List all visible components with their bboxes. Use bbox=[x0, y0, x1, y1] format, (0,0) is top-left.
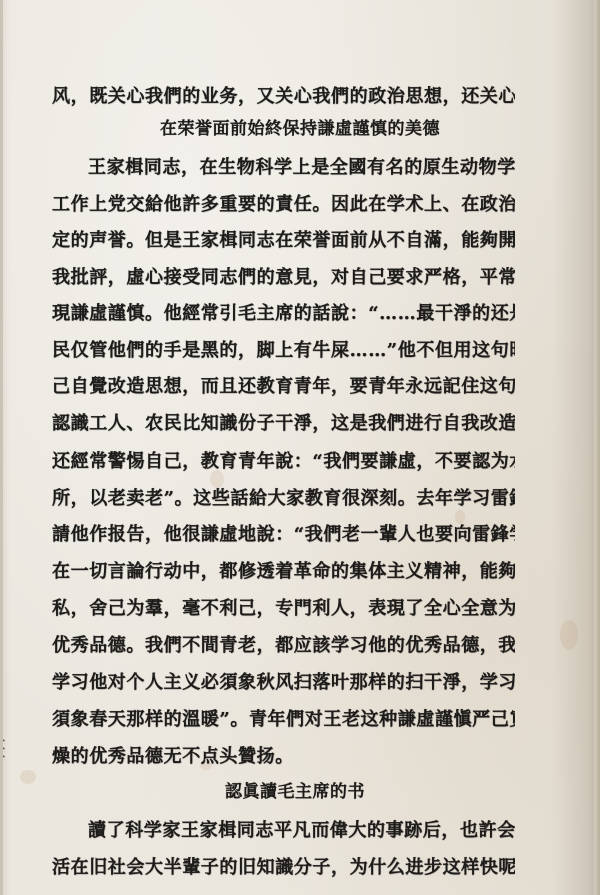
text-line: 风，既关心我們的业务，又关心我們的政治思想，还关心我們的生活。” bbox=[52, 84, 515, 110]
text-line: 認識工人、农民比知識份子干淨，这是我們进行自我改造的前提。他 bbox=[52, 411, 515, 437]
scanned-page: ••• 风，既关心我們的业务，又关心我們的政治思想，还关心我們的生活。” 在荣誉… bbox=[0, 0, 600, 895]
text-line: 学习他对个人主义必須象秋风扫落叶那样的扫干淨，学习他对同志必 bbox=[52, 670, 515, 696]
text-line: 請他作报告，他很謙虛地說：“我們老一輩人也要向雷鋒学习，雷鋒 bbox=[52, 522, 515, 548]
text-line: 我批評，虛心接受同志們的意見，对自己要求严格，平常对人对事表 bbox=[52, 265, 515, 291]
paper-stain bbox=[20, 770, 36, 784]
section-heading: 在荣誉面前始終保持謙虛謹慎的美德 bbox=[160, 117, 440, 141]
text-line: 优秀品德。我們不間青老，都应該学习他的优秀品德，我自己特別要 bbox=[52, 633, 515, 659]
text-line: 还經常警惕自己，教育青年說：“我們要謙虛，不要認为水生所是老 bbox=[52, 449, 515, 475]
paper-stain bbox=[560, 620, 578, 650]
text-line: 須象春天那样的溫暖”。青年們对王老这种謙虛謹愼严己寬人不驕不 bbox=[52, 707, 515, 733]
text-line: 在一切言論行动中，都修透着革命的集体主义精神，能夠做到公而忘 bbox=[52, 559, 515, 585]
text-line: 燥的优秀品德无不点头贊扬。 bbox=[52, 744, 515, 770]
text-line: 民仅管他們的手是黑的，脚上有牛屎……”他不但用这句时刻鞭策自 bbox=[52, 338, 515, 364]
text-line: 定的声誉。但是王家楫同志在荣誉面前从不自滿，能夠開展批評与自 bbox=[52, 228, 515, 254]
page-right-edge bbox=[594, 0, 600, 895]
text-line: 現謙虛謹慎。他經常引毛主席的話說：“……最干淨的还是工人、农 bbox=[52, 301, 515, 327]
section-heading: 認眞讀毛主席的书 bbox=[225, 780, 365, 804]
text-line: 王家楫同志，在生物科学上是全國有名的原生动物学家。在社会 bbox=[88, 155, 515, 181]
margin-dots: ••• bbox=[2, 738, 5, 762]
text-line: 工作上党交給他許多重要的責任。因此在学术上、在政治上都享有一 bbox=[52, 192, 515, 218]
text-line: 活在旧社会大半輩子的旧知識分子，为什么进步这样快呢？是什么力 bbox=[52, 855, 515, 881]
text-line: 私，舍己为羣，毫不利己，专門利人，表現了全心全意为人民服务的 bbox=[52, 596, 515, 622]
text-line: 讀了科学家王家楫同志平凡而偉大的事跡后，也許会問：一个生 bbox=[88, 818, 515, 844]
text-line: 己自覺改造思想，而且还教育青年，要青年永远記住这句話的眞理： bbox=[52, 374, 515, 400]
text-line: 所，以老卖老”。这些話給大家教育很深刻。去年学习雷鋒，市青联 bbox=[52, 486, 515, 512]
